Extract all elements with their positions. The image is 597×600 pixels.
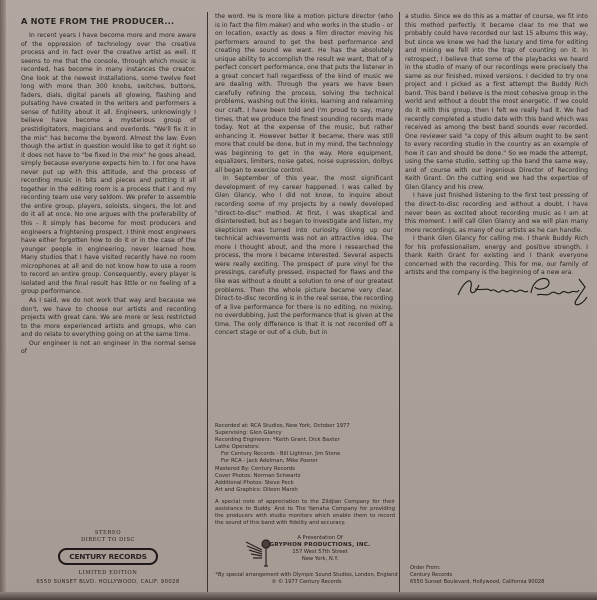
appreciation-note: A special note of appreciation to the Zi… xyxy=(215,499,395,527)
credit-line: Mastered By: Century Records xyxy=(215,466,395,473)
column-divider xyxy=(399,12,400,597)
credit-line: Cover Photos: Norman Schwartz xyxy=(215,473,395,480)
column-divider xyxy=(207,12,208,597)
copyright-line: ℗ © 1977 Century Records xyxy=(215,579,398,586)
credit-line: Additional Photos: Steve Peck xyxy=(215,480,395,487)
paragraph: a studio. Since we do this as a matter o… xyxy=(405,13,588,192)
page-title: A NOTE FROM THE PRODUCER... xyxy=(21,16,174,26)
presenter-city: New York, N.Y. xyxy=(245,556,395,563)
presenter-intro: A Presentation Of xyxy=(245,535,395,542)
producer-note-column-1: In recent years I have become more and m… xyxy=(21,32,196,357)
paragraph: the word. He is more like a motion pictu… xyxy=(215,13,393,175)
sleeve-spine-edge xyxy=(0,0,6,600)
presenter-street: 157 West 57th Street xyxy=(245,549,395,556)
presenter-name: GRYPHON PRODUCTIONS, INC. xyxy=(245,542,395,549)
label-address: 6550 SUNSET BLVD. HOLLYWOOD, CALIF. 9002… xyxy=(20,579,196,585)
credit-line: For RCA - Jack Adelman, Mike Posner xyxy=(215,458,395,465)
credit-line: Recorded at: RCA Studios, New York, Octo… xyxy=(215,423,395,430)
credit-line: Art and Graphics: Dileen Marsh xyxy=(215,487,395,494)
paragraph: Our engineer is not an engineer in the n… xyxy=(21,340,196,357)
recording-credits: Recorded at: RCA Studios, New York, Octo… xyxy=(215,423,395,527)
order-company: Century Records xyxy=(410,572,595,579)
paragraph: In September of this year, the most sign… xyxy=(215,175,393,337)
arrangement-note: *By special arrangement with Olympic Sou… xyxy=(215,572,398,579)
producer-note-column-2: the word. He is more like a motion pictu… xyxy=(215,13,393,338)
century-records-logo: CENTURY RECORDS xyxy=(58,548,158,565)
credit-line: Recording Engineers: *Keith Grant, Dick … xyxy=(215,437,395,444)
edition-label: LIMITED EDITION xyxy=(20,570,196,577)
paragraph: I thank Glen Glancy for calling me. I th… xyxy=(405,235,588,278)
footnote: *By special arrangement with Olympic Sou… xyxy=(215,572,398,586)
presenter-block: A Presentation Of GRYPHON PRODUCTIONS, I… xyxy=(245,535,395,563)
producer-note-column-3: a studio. Since we do this as a matter o… xyxy=(405,13,588,278)
credit-line: For Century Records - Bill Lightner, Jim… xyxy=(215,451,395,458)
credit-line: Supervising: Glen Glancy xyxy=(215,430,395,437)
paragraph: As I said, we do not work that way and b… xyxy=(21,297,196,340)
credit-line: Lathe Operators: xyxy=(215,444,395,451)
order-address: 6550 Sunset Boulevard, Hollywood, Califo… xyxy=(410,579,595,586)
paragraph: In recent years I have become more and m… xyxy=(21,32,196,297)
producer-signature: Norman Schwartz xyxy=(453,273,597,309)
format-label: DIRECT TO DISC xyxy=(20,537,196,544)
paragraph: I have just finished listening to the fi… xyxy=(405,192,588,235)
sleeve-bottom-edge xyxy=(0,592,597,600)
order-heading: Order From: xyxy=(410,565,595,572)
order-info: Order From: Century Records 6550 Sunset … xyxy=(410,565,595,585)
record-label-block: STEREO DIRECT TO DISC CENTURY RECORDS LI… xyxy=(20,530,196,577)
